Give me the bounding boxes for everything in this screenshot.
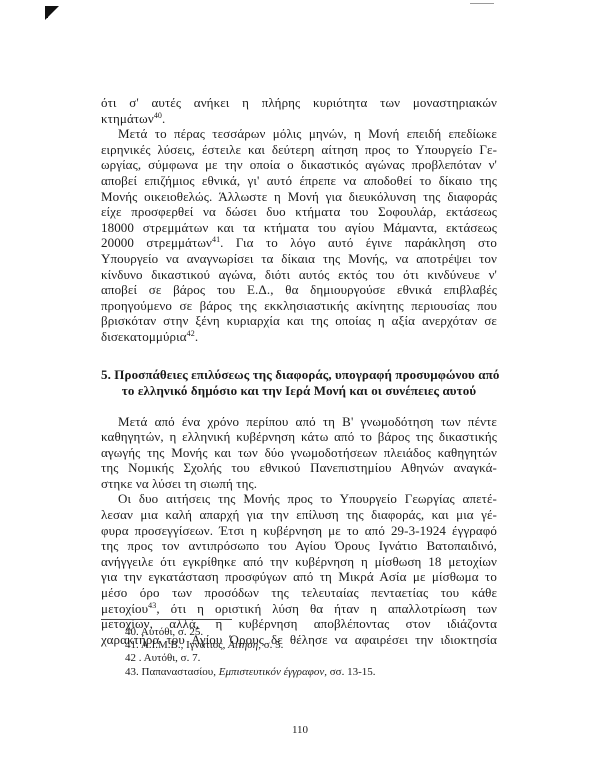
text-line: κίνδυνο δικαστικού αγώνα, διότι αυτός εκ… — [101, 267, 497, 283]
scan-corner-mark — [45, 6, 59, 20]
footnote-ref-40[interactable]: 40 — [154, 111, 162, 120]
footnote-ref-42[interactable]: 42 — [187, 329, 195, 338]
text-line: Μετά από ένα χρόνο περίπου από τη Β' γνω… — [101, 414, 497, 430]
footnote-number: 42 — [125, 652, 136, 664]
text-line: ωργίας, σύμφωνα με την οποία ο δικαστικό… — [101, 157, 497, 173]
text-line: καθηγητών, η ελληνική κυβέρνηση κάτω από… — [101, 429, 497, 445]
page-number: 110 — [0, 724, 600, 736]
text-span: μετοχίου — [101, 601, 148, 616]
spacer — [101, 400, 497, 414]
text-line: Μονής οικειοθελώς. Άλλωστε η Μονή για δι… — [101, 189, 497, 205]
footnote-40: 40. Αυτόθι, σ. 25. — [125, 626, 375, 639]
footnote-number: 40. — [125, 626, 139, 638]
text-line: λεσαν μια καλή απαρχή για την επίλυση τη… — [101, 507, 497, 523]
footnote-number: 41. — [125, 639, 139, 651]
text-line: φυρα προσεγγίσεων. Έτσι η κυβέρνηση με τ… — [101, 523, 497, 539]
footnotes: 40. Αυτόθι, σ. 25. 41. Α.Ι.Μ.Β., Ιγνάτιο… — [125, 626, 375, 679]
footnote-text: Αυτόθι, σ. 25. — [139, 626, 203, 638]
text-line: ότι σ' αυτές ανήκει η πλήρης κυριότητα τ… — [101, 95, 497, 111]
text-span: . — [162, 111, 165, 126]
text-line: Μετά το πέρας τεσσάρων μόλις μηνών, η Μο… — [101, 126, 497, 142]
text-line: αποβεί σε βάρος του Ε.Δ., θα δημιουργούσ… — [101, 282, 497, 298]
text-line: ανήγγειλε ότι εγκρίθηκε από την κυβέρνησ… — [101, 554, 497, 570]
footnote-text: . Αυτόθι, σ. 7. — [136, 652, 200, 664]
footnote-text: Παπαναστασίου, — [139, 666, 219, 678]
text-line: μέσο όρο των προσόδων της τελευταίας πεν… — [101, 585, 497, 601]
text-line: κτημάτων40. — [101, 111, 497, 127]
footnote-43: 43. Παπαναστασίου, Εμπιστευτικόν έγγραφο… — [125, 666, 375, 679]
text-line: αγωγής της Μονής και των δύο γνωμοδοτήσε… — [101, 445, 497, 461]
section-heading-line-1: 5. Προσπάθειες επιλύσεως της διαφοράς, υ… — [101, 367, 497, 384]
footnote-text: , σ. 5. — [258, 639, 283, 651]
text-span: . Για το λόγο αυτό έγινε παράκληση στο — [220, 235, 497, 250]
text-line: της Νομικής Σχολής του εθνικού Πανεπιστη… — [101, 460, 497, 476]
paragraph-1: ότι σ' αυτές ανήκει η πλήρης κυριότητα τ… — [101, 95, 497, 126]
text-line: δισεκατομμύρια42. — [101, 329, 497, 345]
text-line: για την εγκατάσταση προσφύγων από τη Μικ… — [101, 569, 497, 585]
text-line: ειρηνικές λύσεις, έστειλε και δεύτερη αί… — [101, 142, 497, 158]
text-line: Οι δυο αιτήσεις της Μονής προς το Υπουργ… — [101, 491, 497, 507]
footnote-title: Αίτηση — [228, 639, 258, 651]
text-line: στηκε να λύσει τη σιωπή της. — [101, 476, 497, 492]
section-heading: 5. Προσπάθειες επιλύσεως της διαφοράς, υ… — [101, 367, 497, 400]
text-span: δισεκατομμύρια — [101, 329, 187, 344]
text-line: της προς τον αντιπρόσωπο του Αγίου Όρους… — [101, 538, 497, 554]
footnote-number: 43. — [125, 666, 139, 678]
paragraph-4: Οι δυο αιτήσεις της Μονής προς το Υπουργ… — [101, 491, 497, 647]
text-line: 18000 στρεμμάτων και τα κτήματα του αγίο… — [101, 220, 497, 236]
paragraph-2: Μετά το πέρας τεσσάρων μόλις μηνών, η Μο… — [101, 126, 497, 344]
text-span: , ότι η οριστική λύση θα ήταν η απαλλοτρ… — [156, 601, 497, 616]
text-line: είχε προσφερθεί να δώσει δυο κτήματα του… — [101, 204, 497, 220]
footnote-ref-41[interactable]: 41 — [212, 235, 220, 244]
text-line: αποβεί επιζήμιος εθνικά, γι' αυτό έπρεπε… — [101, 173, 497, 189]
text-span: . — [195, 329, 198, 344]
text-line: μετοχίου43, ότι η οριστική λύση θα ήταν … — [101, 601, 497, 617]
paragraph-3: Μετά από ένα χρόνο περίπου από τη Β' γνω… — [101, 414, 497, 492]
page-body: ότι σ' αυτές ανήκει η πλήρης κυριότητα τ… — [101, 95, 497, 647]
section-heading-line-2: το ελληνικό δημόσιο και την Ιερά Μονή κα… — [101, 383, 497, 400]
footnote-separator — [101, 619, 232, 620]
text-span: 20000 στρεμμάτων — [101, 235, 212, 250]
footnote-text: , σσ. 13-15. — [324, 666, 375, 678]
text-line: Υπουργείο να αναγνωρίσει τα δίκαια της Μ… — [101, 251, 497, 267]
footnote-42: 42 . Αυτόθι, σ. 7. — [125, 652, 375, 665]
footnote-title: Εμπιστευτικόν έγγραφον — [219, 666, 324, 678]
scan-top-rule — [470, 3, 494, 4]
text-line: προηγούμενο σε βάρος της εκκλησιαστικής … — [101, 298, 497, 314]
footnote-41: 41. Α.Ι.Μ.Β., Ιγνάτιος, Αίτηση, σ. 5. — [125, 639, 375, 652]
footnote-text: Α.Ι.Μ.Β., Ιγνάτιος, — [139, 639, 228, 651]
text-line: βρισκόταν στην ξένη κυριαρχία και της οπ… — [101, 313, 497, 329]
text-line: 20000 στρεμμάτων41. Για το λόγο αυτό έγι… — [101, 235, 497, 251]
text-span: κτημάτων — [101, 111, 154, 126]
